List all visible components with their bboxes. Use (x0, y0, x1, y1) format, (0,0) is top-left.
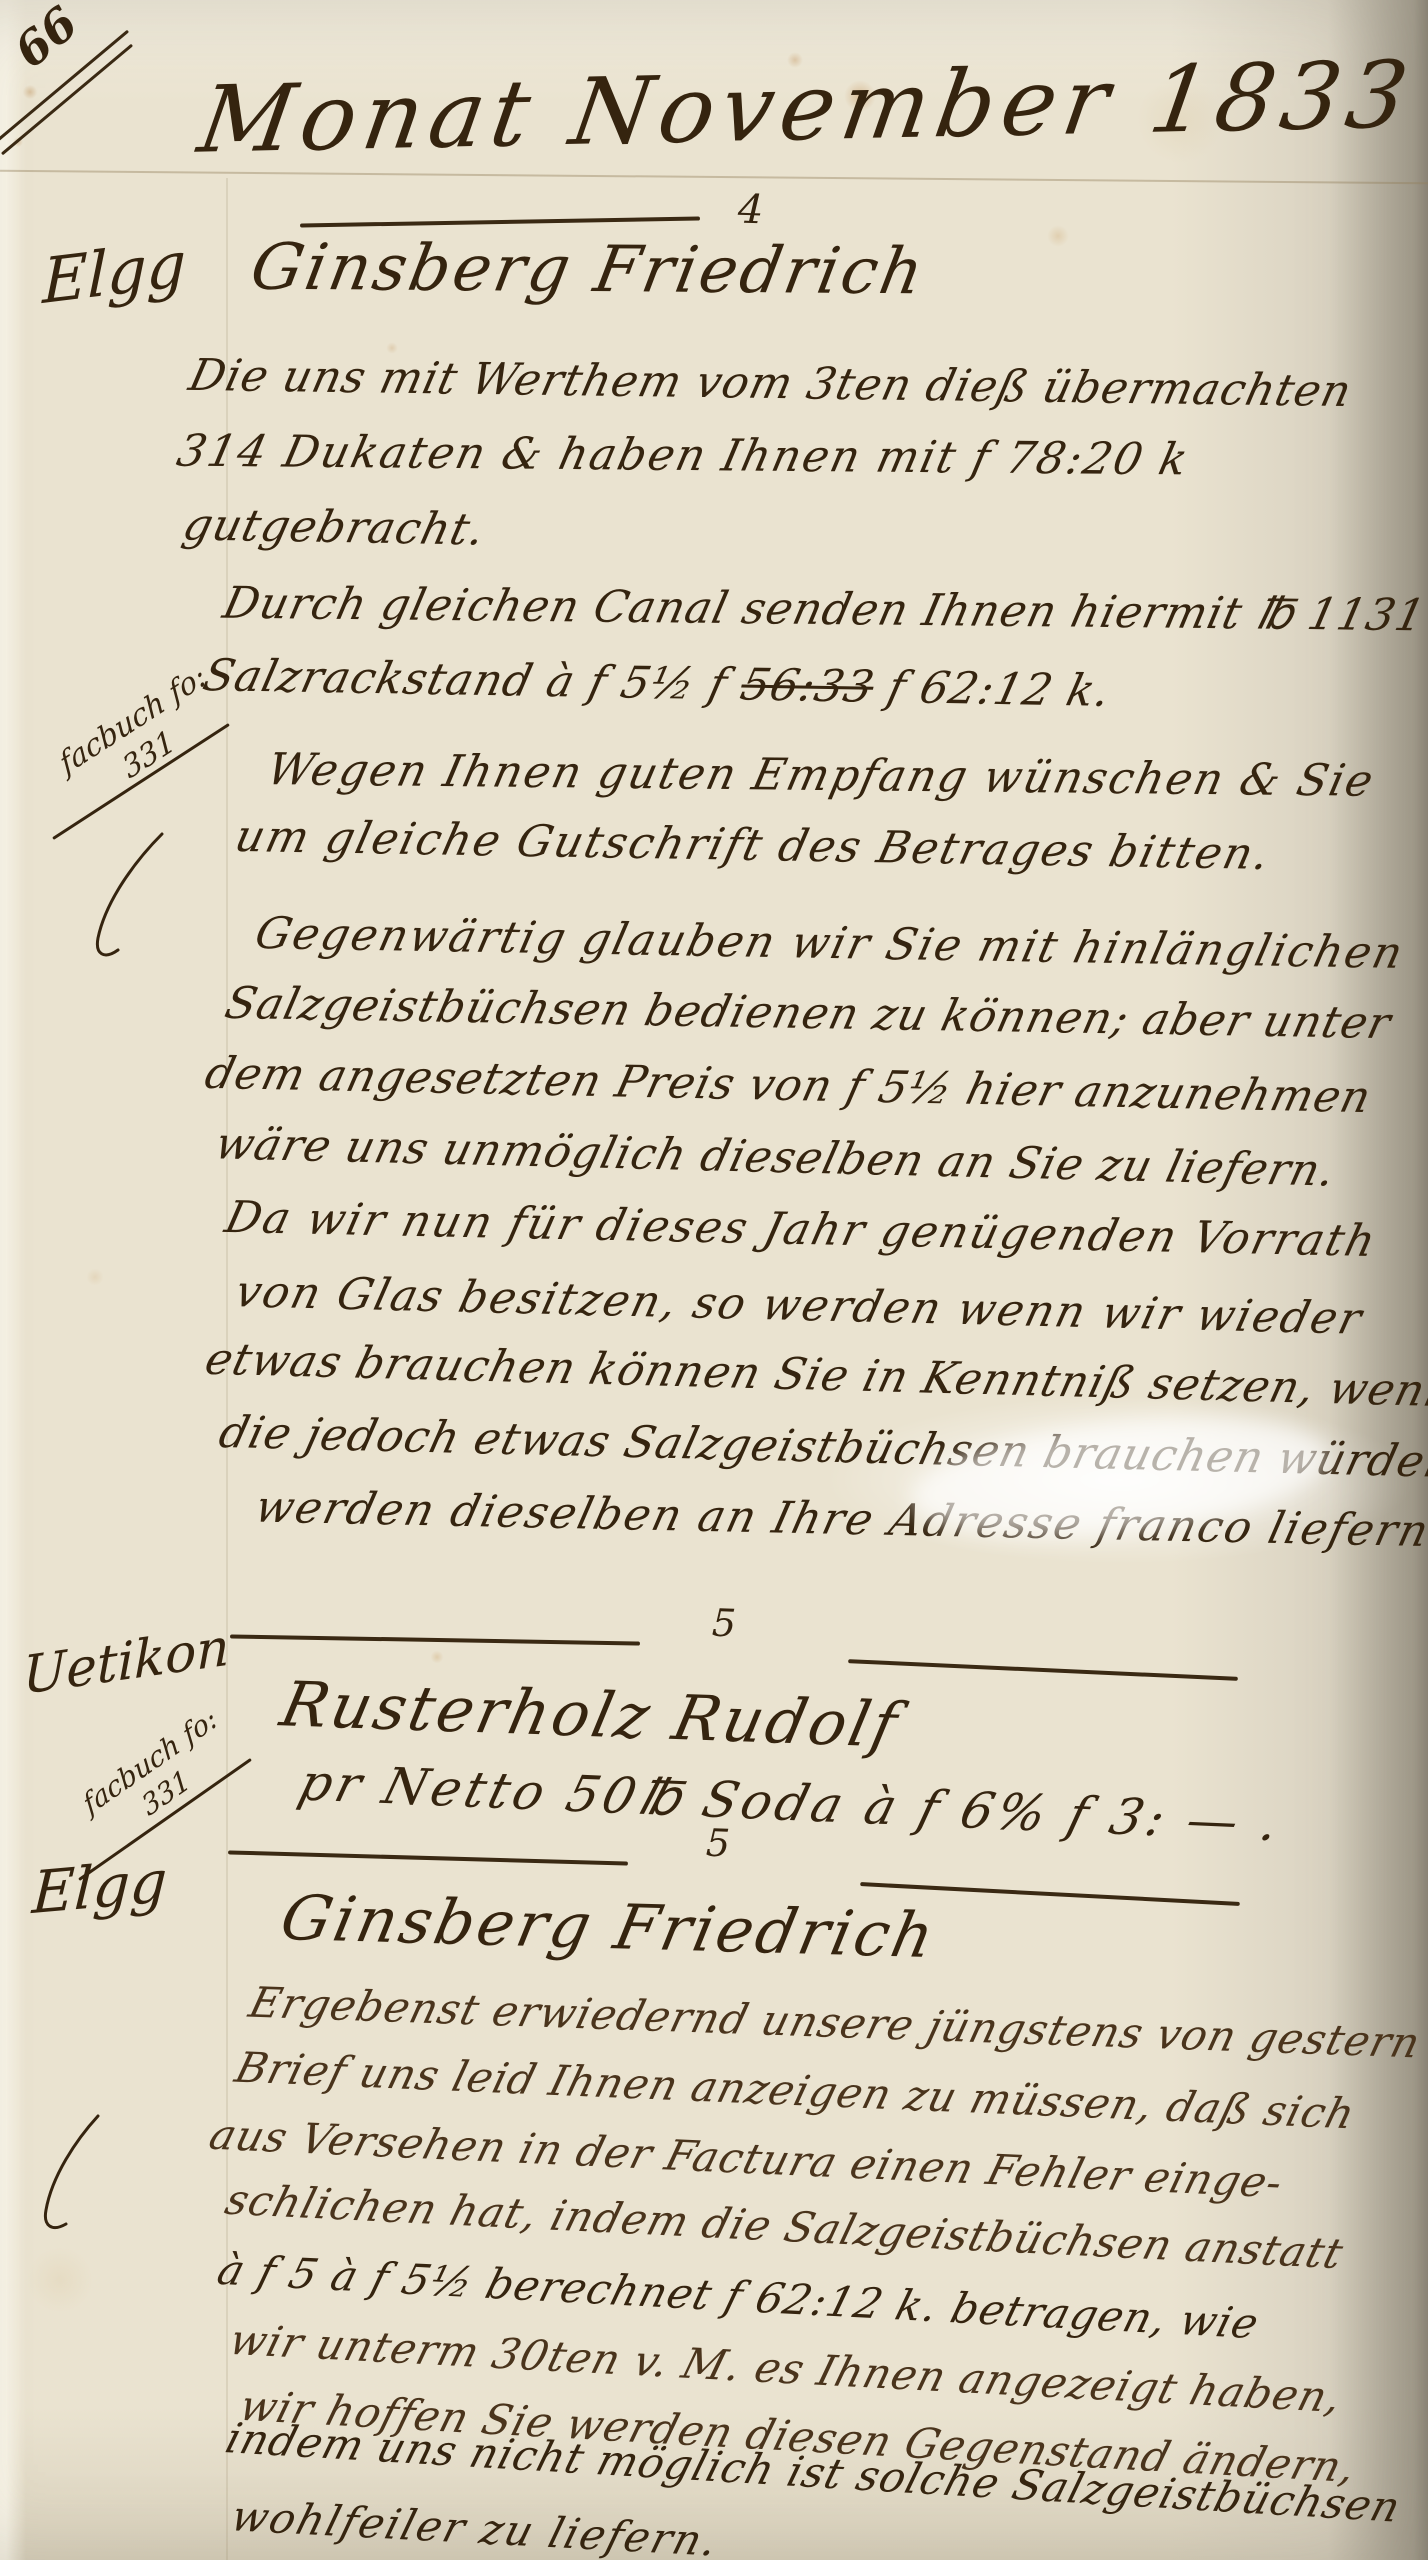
entry1-line: wäre uns unmöglich dieselben an Sie zu l… (211, 1122, 1340, 1193)
entry2-day-number: 5 (711, 1604, 736, 1643)
entry-separator-left (228, 1850, 628, 1865)
strikethrough-amount: 56:33 (736, 660, 880, 713)
header-underline (300, 217, 700, 228)
entry-separator-left (230, 1634, 640, 1645)
entry1-heading: Ginsberg Friedrich (246, 236, 931, 305)
entry1-line: etwas brauchen können Sie in Kenntniß se… (201, 1338, 1428, 1414)
entry1-line: um gleiche Gutschrift des Betrages bitte… (231, 815, 1275, 877)
entry1-line: 314 Dukaten & haben Ihnen mit f 78:20 k (173, 430, 1193, 483)
ink-flourish-entry3 (28, 2110, 118, 2240)
entry1-line: gutgebracht. (179, 503, 490, 552)
entry3-heading: Ginsberg Friedrich (276, 1887, 942, 1967)
margin-place-entry1: Elgg (42, 233, 186, 313)
entry3-day-number: 5 (705, 1824, 730, 1863)
entry-separator-right (848, 1659, 1238, 1681)
entry1-line: dem angesetzten Preis von f 5½ hier anzu… (201, 1052, 1376, 1120)
salz-line-post: f 62:12 k. (868, 662, 1116, 717)
entry2-line: pr Netto 50℔ Soda à f 6% f 3: — . (294, 1758, 1288, 1849)
entry1-line: Durch gleichen Canal senden Ihnen hiermi… (219, 582, 1428, 638)
month-header: Monat November 1833 (193, 49, 1420, 167)
margin-place-entry2: Uetikon (23, 1621, 229, 1703)
entry3-line: wohlfeiler zu liefern. (227, 2496, 724, 2560)
entry1-salz-line: Salzrackstand à f 5½ f 56:33 f 62:12 k. (199, 654, 1115, 714)
entry1-line: von Glas besitzen, so werden wenn wir wi… (231, 1270, 1367, 1341)
entry1-line: Wegen Ihnen guten Empfang wünschen & Sie (263, 748, 1379, 803)
margin-place-entry3: Elgg (31, 1852, 169, 1922)
corner-rule-2 (1, 44, 133, 156)
manuscript-page: 66 Monat November 1833 4 Elgg facbuch fo… (0, 0, 1428, 2560)
entry1-line: Da wir nun für dieses Jahr genügenden Vo… (221, 1196, 1381, 1264)
ink-flourish-entry1 (74, 828, 184, 968)
page-number: 66 (7, 0, 86, 75)
first-entry-day-number: 4 (737, 190, 764, 231)
salz-line-pre: Salzrackstand à f 5½ f (198, 650, 747, 710)
entry1-line: Gegenwärtig glauben wir Sie mit hinlängl… (251, 912, 1408, 976)
entry1-line: Salzgeistbüchsen bedienen zu können; abe… (221, 982, 1395, 1046)
entry2-heading: Rusterholz Rudolf (276, 1673, 905, 1756)
ledger-margin-note-entry2: facbuch fo: 331 (76, 1700, 239, 1855)
entry1-line: Die uns mit Werthem vom 3ten dieß überma… (185, 354, 1356, 414)
